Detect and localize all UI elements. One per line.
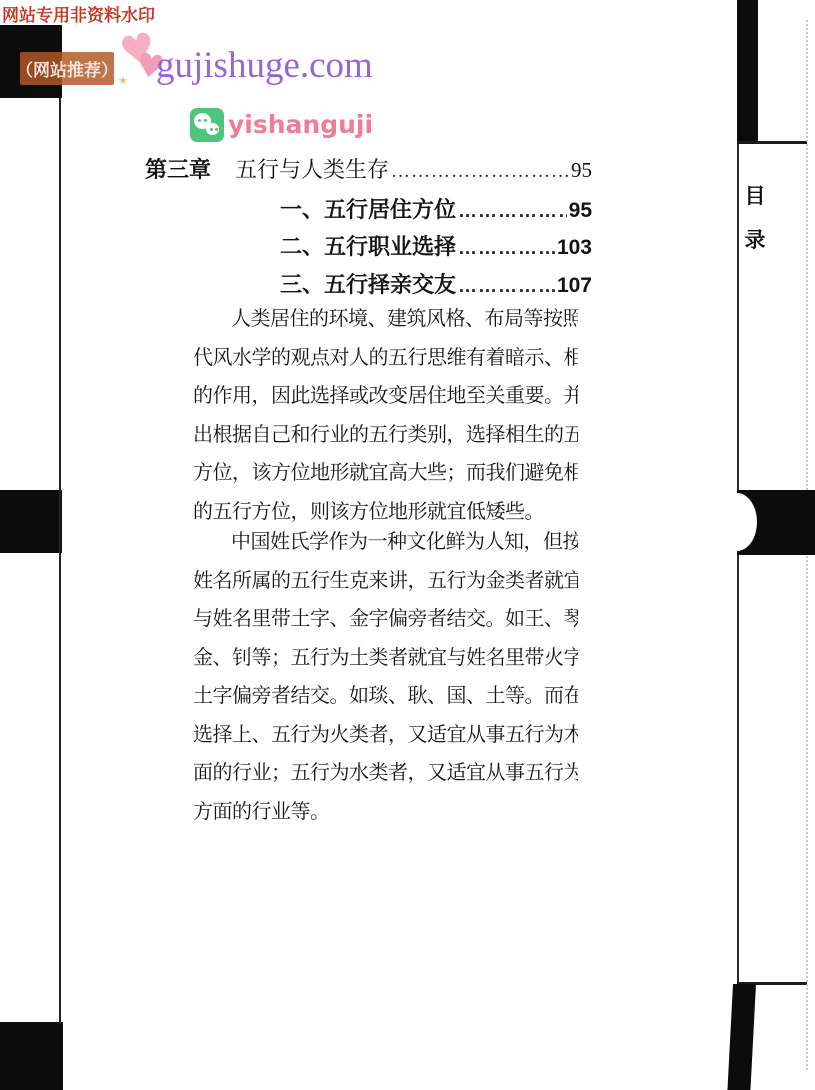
side-tab-char: 目 — [742, 180, 768, 210]
toc-entry-career-choice: 二、五行职业选择 …………………………………… 103 — [280, 230, 592, 256]
wechat-icon — [190, 108, 224, 142]
toc-dot-leader: …………………………………………………… — [391, 161, 569, 183]
body-text-line: 方面的行业等。 — [193, 793, 578, 832]
toc-entry-label: 二、五行职业选择 — [280, 230, 456, 261]
toc-page-number: 103 — [557, 236, 592, 260]
toc-entry-label: 三、五行择亲交友 — [280, 268, 456, 299]
page-edge-line-right — [737, 142, 739, 983]
body-text-line: 人类居住的环境、建筑风格、布局等按照古 — [193, 300, 578, 339]
toc-chapter-row: 第三章 五行与人类生存 …………………………………………………… 95 — [145, 153, 592, 179]
side-tab-mulu: 目 录 — [742, 180, 768, 268]
toc-entry-label: 一、五行居住方位 — [280, 193, 456, 224]
toc-page-number: 107 — [557, 274, 592, 298]
body-text-line: 的作用，因此选择或改变居住地至关重要。并提 — [193, 377, 578, 416]
sparkle-icon: ★ — [118, 74, 128, 87]
scan-black-block-mid-left — [0, 490, 62, 553]
scan-black-block-bottom-left — [0, 1022, 63, 1090]
body-text-line: 出根据自己和行业的五行类别，选择相生的五行 — [193, 416, 578, 455]
body-paragraph-1: 人类居住的环境、建筑风格、布局等按照古 代风水学的观点对人的五行思维有着暗示、相… — [193, 300, 578, 531]
body-text-line: 代风水学的观点对人的五行思维有着暗示、相帮 — [193, 339, 578, 378]
scan-black-bar-bottom-right — [727, 984, 756, 1090]
site-recommend-badge: （网站推荐） — [20, 52, 114, 85]
thumb-notch-cutout — [717, 493, 757, 551]
body-text-line: 选择上、五行为火类者，又适宜从事五行为木方 — [193, 716, 578, 755]
tab-top-edge-line — [737, 141, 807, 144]
side-tab-char: 录 — [742, 224, 768, 254]
body-text-line: 土字偏旁者结交。如琰、耿、国、土等。而在职业 — [193, 677, 578, 716]
red-watermark-text: 网站专用非资料水印 — [2, 1, 155, 26]
body-text-line: 面的行业；五行为水类者，又适宜从事五行为金 — [193, 754, 578, 793]
scanned-book-page: { "watermarks": { "top_red": "网站专用非资料水印"… — [0, 0, 815, 1090]
domain-watermark: gujishuge.com — [156, 46, 373, 86]
toc-dot-leader: …………………………………… — [458, 276, 555, 298]
toc-page-number: 95 — [571, 158, 592, 183]
scan-black-bar-top-right — [737, 0, 758, 143]
toc-page-number: 95 — [569, 199, 592, 223]
body-text-line: 金、钊等；五行为土类者就宜与姓名里带火字、 — [193, 639, 578, 678]
toc-entry-friends-relatives: 三、五行择亲交友 …………………………………… 107 — [280, 268, 592, 294]
toc-dot-leader: …………………………………… — [458, 201, 567, 223]
body-text-line: 中国姓氏学作为一种文化鲜为人知，但按 — [193, 523, 578, 562]
toc-chapter-title: 五行与人类生存 — [235, 153, 389, 184]
body-text-line: 姓名所属的五行生克来讲，五行为金类者就宜 — [193, 562, 578, 601]
toc-entry-dwelling-direction: 一、五行居住方位 …………………………………… 95 — [280, 193, 592, 219]
body-paragraph-2: 中国姓氏学作为一种文化鲜为人知，但按 姓名所属的五行生克来讲，五行为金类者就宜 … — [193, 523, 578, 831]
body-text-line: 方位，该方位地形就宜高大些；而我们避免相克 — [193, 454, 578, 493]
toc-chapter-number: 第三章 — [145, 153, 211, 184]
wechat-id-watermark: yishanguji — [228, 110, 373, 139]
body-text-line: 与姓名里带土字、金字偏旁者结交。如王、琴、 — [193, 600, 578, 639]
toc-dot-leader: …………………………………… — [458, 238, 555, 260]
page-edge-line-left — [59, 96, 61, 1024]
